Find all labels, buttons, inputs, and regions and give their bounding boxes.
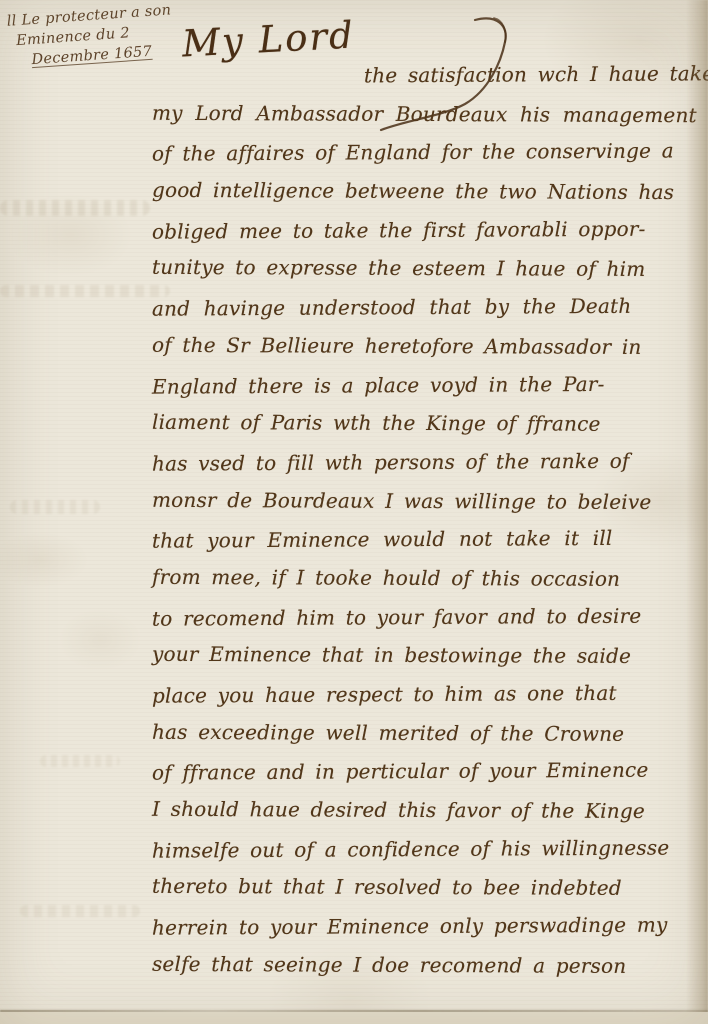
letter-line: of ffrance and in perticular of your Emi… [152, 751, 700, 793]
letter-body: the satisfaction wch I haue taken in my … [152, 56, 700, 985]
letter-line: that your Eminence would not take it ill [152, 519, 700, 561]
letter-line: selfe that seeinge I doe recomend a pers… [152, 945, 700, 986]
archival-annotation: ll Le protecteur a son Eminence du 2 Dec… [6, 0, 175, 71]
page-edge-below [0, 1012, 708, 1024]
salutation-block: My Lord [182, 18, 355, 61]
letter-line: has exceedinge well merited of the Crown… [152, 712, 700, 753]
letter-line: the satisfaction wch I haue taken in [152, 54, 700, 96]
letter-line: of the affaires of England for the conse… [152, 132, 700, 174]
page-edge-right [686, 0, 708, 1024]
bleedthrough-mark [20, 905, 140, 917]
letter-line: has vsed to fill wth persons of the rank… [152, 441, 700, 483]
letter-line: good intelligence betweene the two Natio… [152, 171, 700, 212]
letter-line: to recomend him to your favor and to des… [152, 596, 700, 638]
bleedthrough-mark [0, 200, 150, 216]
letter-line: my Lord Ambassador Bourdeaux his managem… [152, 93, 700, 134]
letter-line: tunitye to expresse the esteem I haue of… [152, 248, 700, 289]
letter-line: I should haue desired this favor of the … [152, 790, 700, 831]
letter-line: himselfe out of a confidence of his will… [152, 828, 700, 870]
bleedthrough-mark [10, 500, 100, 514]
bleedthrough-mark [40, 755, 120, 767]
letter-line: from mee, if I tooke hould of this occas… [152, 558, 700, 599]
letter-line: thereto but that I resolved to bee indeb… [152, 867, 700, 908]
letter-line: herrein to your Eminence only perswading… [152, 905, 700, 947]
bleedthrough-mark [0, 285, 170, 297]
letter-line: liament of Paris wth the Kinge of ffranc… [152, 403, 700, 444]
letter-line: monsr de Bourdeaux I was willinge to bel… [152, 480, 700, 521]
letter-line: and havinge understood that by the Death [152, 286, 700, 328]
letter-line: of the Sr Bellieure heretofore Ambassado… [152, 326, 700, 367]
letter-line: your Eminence that in bestowinge the sai… [152, 635, 700, 676]
letter-line: place you haue respect to him as one tha… [152, 673, 700, 715]
letter-line: obliged mee to take the first favorabli … [152, 209, 700, 251]
manuscript-page: ll Le protecteur a son Eminence du 2 Dec… [0, 0, 708, 1024]
letter-line: England there is a place voyd in the Par… [152, 364, 700, 406]
